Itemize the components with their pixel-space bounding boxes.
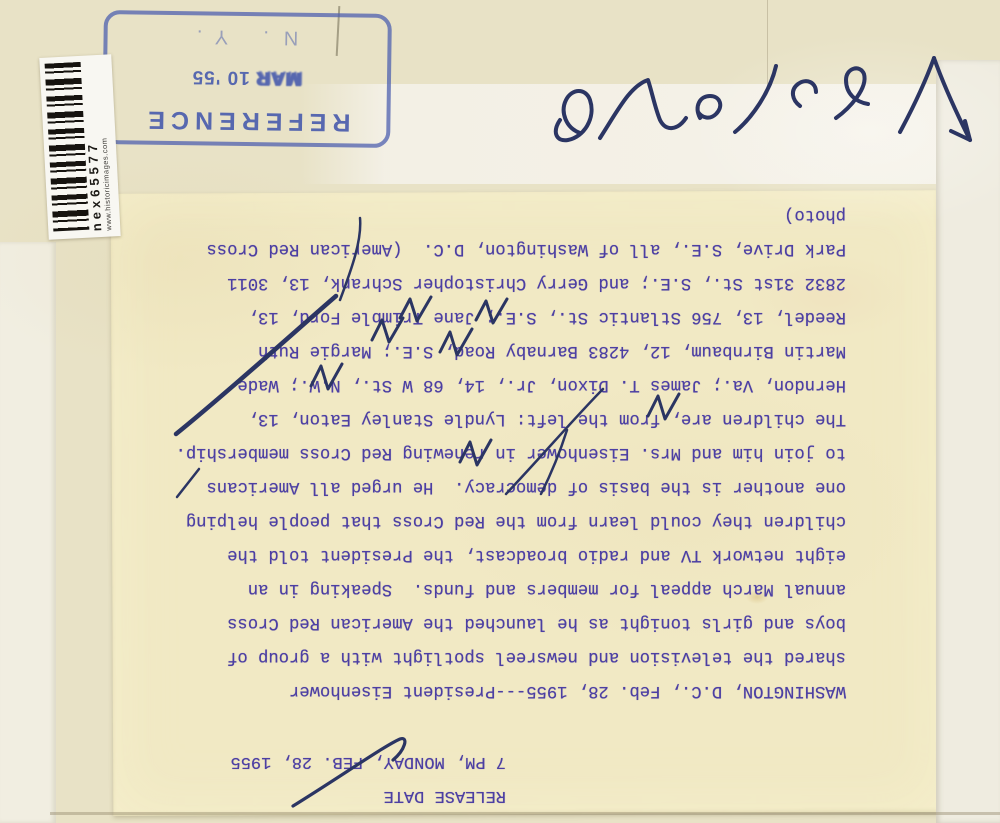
- pasted-caption-sheet: [111, 190, 940, 816]
- flipped-typewritten-area: RELEASE DATE 7 PM, MONDAY, FEB. 28, 1955…: [0, 0, 1000, 823]
- stamp-date-text: MAR 10 '55: [192, 65, 303, 89]
- reference-stamp: REFERENCE MAR 10 '55 N. Y.: [102, 10, 392, 148]
- release-date-time: 7 PM, MONDAY, FEB. 28, 1955: [231, 752, 506, 771]
- paper-seam: [767, 0, 768, 88]
- press-photo-back-scan: REFERENCE MAR 10 '55 N. Y. nex65577 www.…: [0, 0, 1000, 823]
- stamp-ny-text: N. Y.: [182, 24, 314, 49]
- handwritten-code-scribble: [556, 58, 970, 140]
- barcode-code: nex65577: [81, 61, 105, 232]
- paper-crack: [336, 6, 341, 56]
- pen-slashes: [176, 218, 603, 497]
- release-date-label: RELEASE DATE: [384, 786, 506, 805]
- paper-light-band: [300, 84, 1000, 184]
- barcode-bars: [45, 62, 90, 232]
- caption-text: WASHINGTON, D.C., Feb. 28, 1955---Presid…: [126, 197, 846, 707]
- stamp-date-day-year: 10 '55: [192, 66, 257, 88]
- barcode-text: nex65577 www.historicimages.com: [81, 61, 114, 232]
- stamp-date-month: MAR: [256, 67, 303, 89]
- paper-edge-right: [936, 60, 1000, 823]
- paper-edge-left: [0, 242, 56, 823]
- ink-marks-overlay: [0, 0, 1000, 823]
- barcode-website: www.historicimages.com: [96, 61, 114, 231]
- release-checkmark: [293, 739, 405, 806]
- paper-edge-bottom: [50, 812, 1000, 815]
- paper-mottling: [0, 0, 1000, 823]
- barcode-label: nex65577 www.historicimages.com: [39, 54, 120, 240]
- stamp-reference-text: REFERENCE: [142, 105, 351, 137]
- name-checkmarks: [311, 297, 679, 465]
